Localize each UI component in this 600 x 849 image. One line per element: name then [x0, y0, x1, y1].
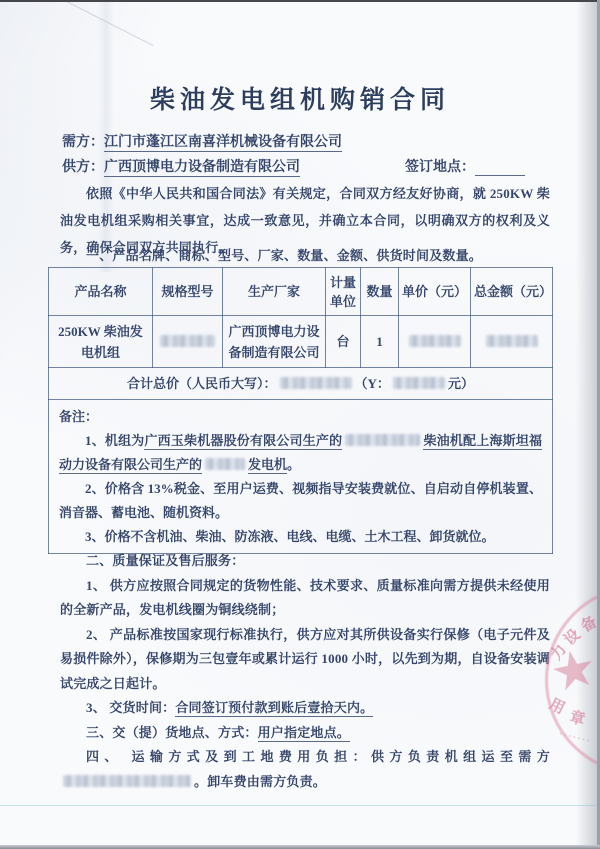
- buyer-name: 江门市蓬江区南喜洋机械设备有限公司: [104, 135, 342, 152]
- total-price-row: 合计总价（人民币大写）：（Y：元）: [49, 368, 553, 400]
- delivery-place-value: 用户指定地点。: [258, 725, 350, 742]
- buyer-line: 需方：江门市蓬江区南喜洋机械设备有限公司: [62, 131, 342, 151]
- section2-item1: 1、 供方应按照合同规定的货物性能、技术要求、质量标准向需方提供未经使用的全新产…: [60, 574, 550, 623]
- total-yuan-prefix: （Y：: [355, 376, 390, 391]
- cell-qty: 1: [361, 316, 399, 368]
- company-seal-stamp: 力 设 备 制 造 ★ 用 章 ·······: [545, 585, 600, 775]
- scan-edge-top: [0, 0, 600, 2]
- sign-place-line: 签订地点：: [405, 156, 525, 176]
- scanned-contract-page: 柴油发电组机购销合同 需方：江门市蓬江区南喜洋机械设备有限公司 供方：广西顶博电…: [0, 0, 600, 849]
- section4-line: 四、 运输方式及到工地费用负担：供方负责机组运至需方。卸车费由需方负责。: [60, 745, 550, 794]
- remarks-label: 备注：: [59, 405, 542, 429]
- total-price-label: 合计总价（人民币大写）：: [127, 376, 277, 391]
- cell-factory: 广西顶博电力设备制造有限公司: [223, 316, 326, 368]
- redacted-destination: [63, 775, 191, 787]
- remarks-cell: 备注： 1、机组为广西玉柴机器股份有限公司生产的柴油机配上海斯坦福动力设备有限公…: [49, 400, 553, 554]
- section2-item2: 2、 产品标准按国家现行标准执行，供方应对其所供设备实行保修（电子元件及易损件除…: [60, 623, 550, 697]
- col-header-factory: 生产厂家: [223, 268, 326, 316]
- remark-1-period: 。: [287, 457, 300, 472]
- sign-place-label: 签订地点：: [405, 160, 475, 175]
- cell-total-redacted: [471, 316, 553, 368]
- remarks-row: 备注： 1、机组为广西玉柴机器股份有限公司生产的柴油机配上海斯坦福动力设备有限公…: [49, 400, 553, 554]
- col-header-unit: 计量单位: [326, 268, 361, 316]
- supplier-label: 供方：: [62, 160, 104, 175]
- redacted-alternator-model: [205, 458, 245, 470]
- col-header-total: 总金额（元）: [471, 268, 553, 316]
- sign-place-blank: [475, 161, 525, 176]
- table-header-row: 产品名称 规格型号 生产厂家 计量单位 数量 单价（元） 总金额（元）: [49, 268, 553, 316]
- delivery-time-value: 合同签订预付款到账后壹拾天内。: [175, 700, 373, 717]
- col-header-model: 规格型号: [153, 268, 223, 316]
- contract-clauses: 二、质量保证及售后服务： 1、 供方应按照合同规定的货物性能、技术要求、质量标准…: [60, 549, 550, 794]
- section1-heading: 一、产品名牌、商标、型号、厂家、数量、金额、供货时间及数量。: [60, 242, 550, 269]
- supplier-line: 供方：广西顶博电力设备制造有限公司: [62, 156, 300, 176]
- col-header-unit-price: 单价（元）: [399, 268, 471, 316]
- redacted-amount-words: [280, 377, 352, 389]
- supplier-name: 广西顶博电力设备制造有限公司: [104, 160, 300, 177]
- remark-1-prefix: 1、机组为: [85, 433, 144, 448]
- remark-2: 2、价格含 13%税金、至用户运费、视频指导安装费就位、自启动自停机装置、消音器…: [59, 477, 542, 525]
- table-row: 250KW 柴油发电机组 广西顶博电力设备制造有限公司 台 1: [49, 316, 553, 368]
- section2-item3: 3、 交货时间：合同签订预付款到账后壹拾天内。: [60, 696, 550, 721]
- product-table: 产品名称 规格型号 生产厂家 计量单位 数量 单价（元） 总金额（元） 250K…: [48, 267, 553, 554]
- cell-model-redacted: [153, 316, 223, 368]
- delivery-time-label: 3、 交货时间：: [86, 700, 175, 715]
- remark-3: 3、价格不含机油、柴油、防冻液、电线、电缆、土木工程、卸货就位。: [59, 525, 542, 549]
- section2-heading: 二、质量保证及售后服务：: [60, 549, 550, 574]
- redacted-model: [160, 335, 215, 347]
- redacted-amount-figures: [393, 377, 445, 389]
- scan-artifact-line: [0, 805, 600, 806]
- redacted-total: [486, 335, 538, 347]
- transport-prefix: 四、 运输方式及到工地费用负担：供方负责机组运至需方: [86, 749, 550, 764]
- cell-product-name: 250KW 柴油发电机组: [49, 316, 153, 368]
- redacted-unit-price: [409, 335, 461, 347]
- cell-unit: 台: [326, 316, 361, 368]
- redacted-engine-model: [345, 434, 420, 446]
- remark-1-engine-maker: 广西玉柴机器股份有限公司生产的: [144, 433, 342, 450]
- remark-1: 1、机组为广西玉柴机器股份有限公司生产的柴油机配上海斯坦福动力设备有限公司生产的…: [59, 429, 542, 477]
- col-header-product-name: 产品名称: [49, 268, 153, 316]
- cell-unit-price-redacted: [399, 316, 471, 368]
- transport-suffix: 。卸车费由需方负责。: [194, 774, 326, 789]
- total-price-cell: 合计总价（人民币大写）：（Y：元）: [49, 368, 553, 400]
- total-yuan-suffix: 元）: [448, 376, 474, 391]
- section3-line: 三、交（提）货地点、方式：用户指定地点。: [60, 721, 550, 746]
- col-header-qty: 数量: [361, 268, 399, 316]
- delivery-place-label: 三、交（提）货地点、方式：: [86, 725, 258, 740]
- contract-title: 柴油发电组机购销合同: [0, 80, 600, 116]
- buyer-label: 需方：: [62, 135, 104, 150]
- scan-edge-bottom: [0, 845, 600, 849]
- remark-1-alternator-word: 发电机: [248, 457, 287, 474]
